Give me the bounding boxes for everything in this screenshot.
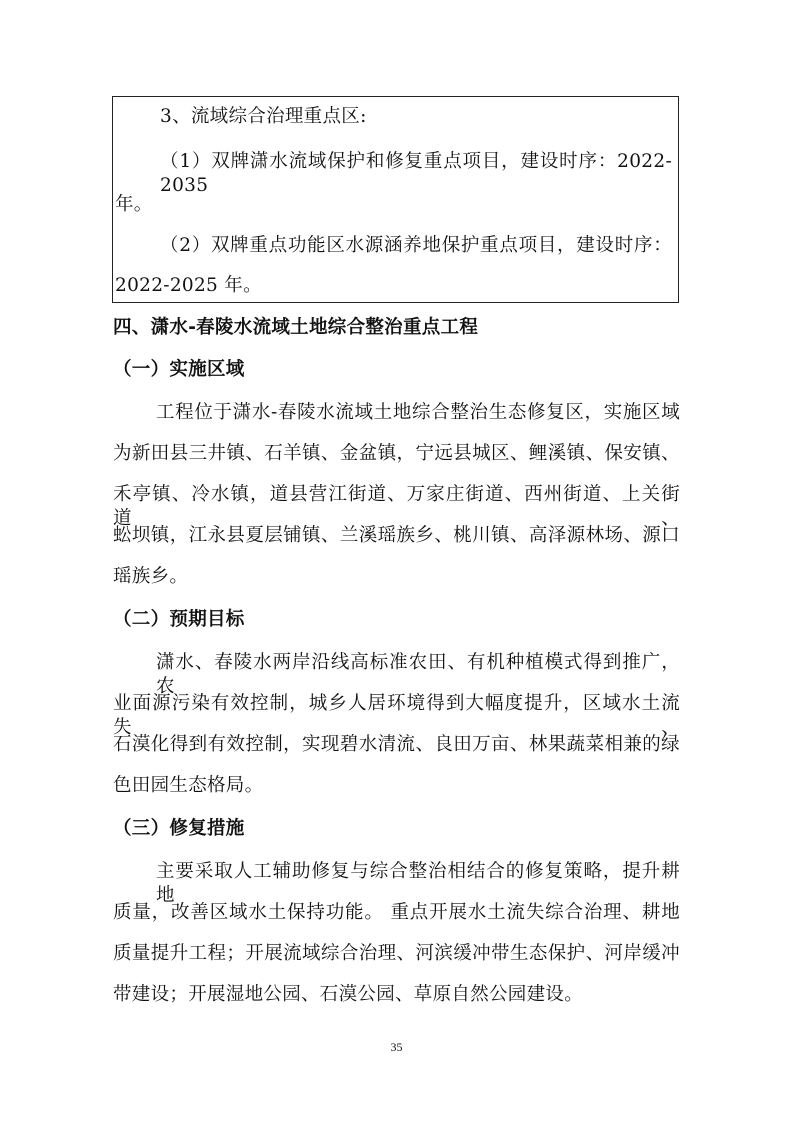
- box-item-2-line-2: 2022-2025 年。: [115, 274, 262, 298]
- section-title: 四、潇水-春陵水流域土地综合整治重点工程: [113, 316, 478, 340]
- subsection-title-1: （一）实施区域: [113, 358, 245, 382]
- subsection-1-line-1: 工程位于潇水-春陵水流域土地综合整治生态修复区，实施区域: [156, 401, 680, 425]
- subsection-2-line-4: 色田园生态格局。: [113, 774, 263, 798]
- subsection-1-line-4: 蚣坝镇，江永县夏层铺镇、兰溪瑶族乡、桃川镇、高泽源林场、源口: [113, 524, 680, 548]
- subsection-1-line-2: 为新田县三井镇、石羊镇、金盆镇，宁远县城区、鲤溪镇、保安镇、: [113, 442, 680, 466]
- box-item-2-line-1: （2）双牌重点功能区水源涵养地保护重点项目，建设时序：: [160, 234, 672, 258]
- subsection-2-line-3: 石漠化得到有效控制，实现碧水清流、良田万亩、林果蔬菜相兼的绿: [113, 733, 680, 757]
- subsection-3-line-4: 带建设；开展湿地公园、石漠公园、草原自然公园建设。: [113, 983, 583, 1007]
- page-number: 35: [0, 1040, 793, 1055]
- subsection-title-3: （三）修复措施: [113, 817, 245, 841]
- document-page: 3、流域综合治理重点区: （1）双牌潇水流域保护和修复重点项目，建设时序：202…: [0, 0, 793, 1122]
- box-item-1-line-1: （1）双牌潇水流域保护和修复重点项目，建设时序：2022-2035: [160, 150, 672, 198]
- subsection-3-line-2: 质量，改善区域水土保持功能。 重点开展水土流失综合治理、耕地: [113, 901, 680, 925]
- subsection-1-line-5: 瑶族乡。: [113, 565, 188, 589]
- box-heading: 3、流域综合治理重点区:: [160, 105, 367, 129]
- subsection-title-2: （二）预期目标: [113, 608, 245, 632]
- subsection-3-line-3: 质量提升工程；开展流域综合治理、河滨缓冲带生态保护、河岸缓冲: [113, 942, 680, 966]
- box-item-1-line-2: 年。: [115, 193, 153, 217]
